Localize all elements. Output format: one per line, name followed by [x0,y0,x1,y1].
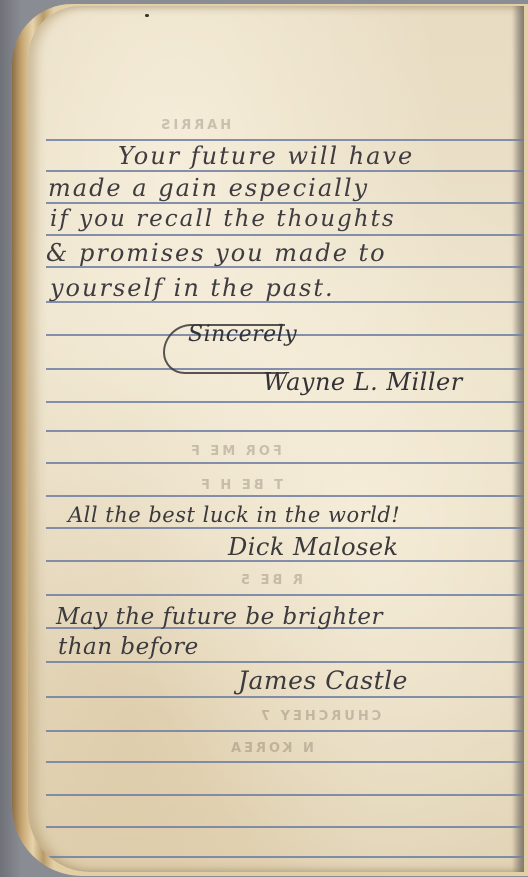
handwritten-line: made a gain especially [48,174,369,202]
bleed-through-text: FOR ME F [188,444,282,459]
handwritten-line: May the future be brighter [56,604,383,630]
signature: Dick Malosek [228,533,399,561]
ruled-line [46,234,524,236]
notebook-page: HARRIS FOR ME F T BE H F R BE 5 CHURCHEY… [28,6,524,872]
signature: Wayne L. Miller [263,368,463,396]
ruled-line [46,856,524,858]
handwritten-line: & promises you made to [46,239,387,267]
ruled-line [46,661,524,663]
ruled-line [46,761,524,763]
signature: James Castle [238,666,408,695]
ruled-line [46,730,524,732]
handwritten-line: than before [58,634,199,660]
ruled-line [46,594,524,596]
bleed-through-text: HARRIS [158,118,231,133]
ruled-line [46,139,524,141]
handwritten-line: All the best luck in the world! [68,503,400,527]
bleed-through-text: CHURCHEY 7 [258,709,381,724]
ruled-line [46,495,524,497]
handwritten-line: Your future will have [118,142,414,170]
ink-speck [145,14,149,17]
ruled-line [46,170,524,172]
spine-shadow [512,6,524,872]
ruled-line [46,401,524,403]
bleed-through-text: R BE 5 [238,573,303,588]
bleed-through-text: N KOREA [228,741,314,756]
handwritten-line: if you recall the thoughts [50,206,396,232]
ruled-line [46,696,524,698]
handwritten-line: yourself in the past. [50,274,335,302]
ruled-line [46,202,524,204]
ruled-line [46,430,524,432]
ruled-line [46,527,524,529]
notebook-photo: HARRIS FOR ME F T BE H F R BE 5 CHURCHEY… [0,0,528,877]
bleed-through-text: T BE H F [198,478,283,493]
ruled-line [46,462,524,464]
ruled-line [46,794,524,796]
closing-text: Sincerely [188,322,297,347]
ruled-line [46,826,524,828]
